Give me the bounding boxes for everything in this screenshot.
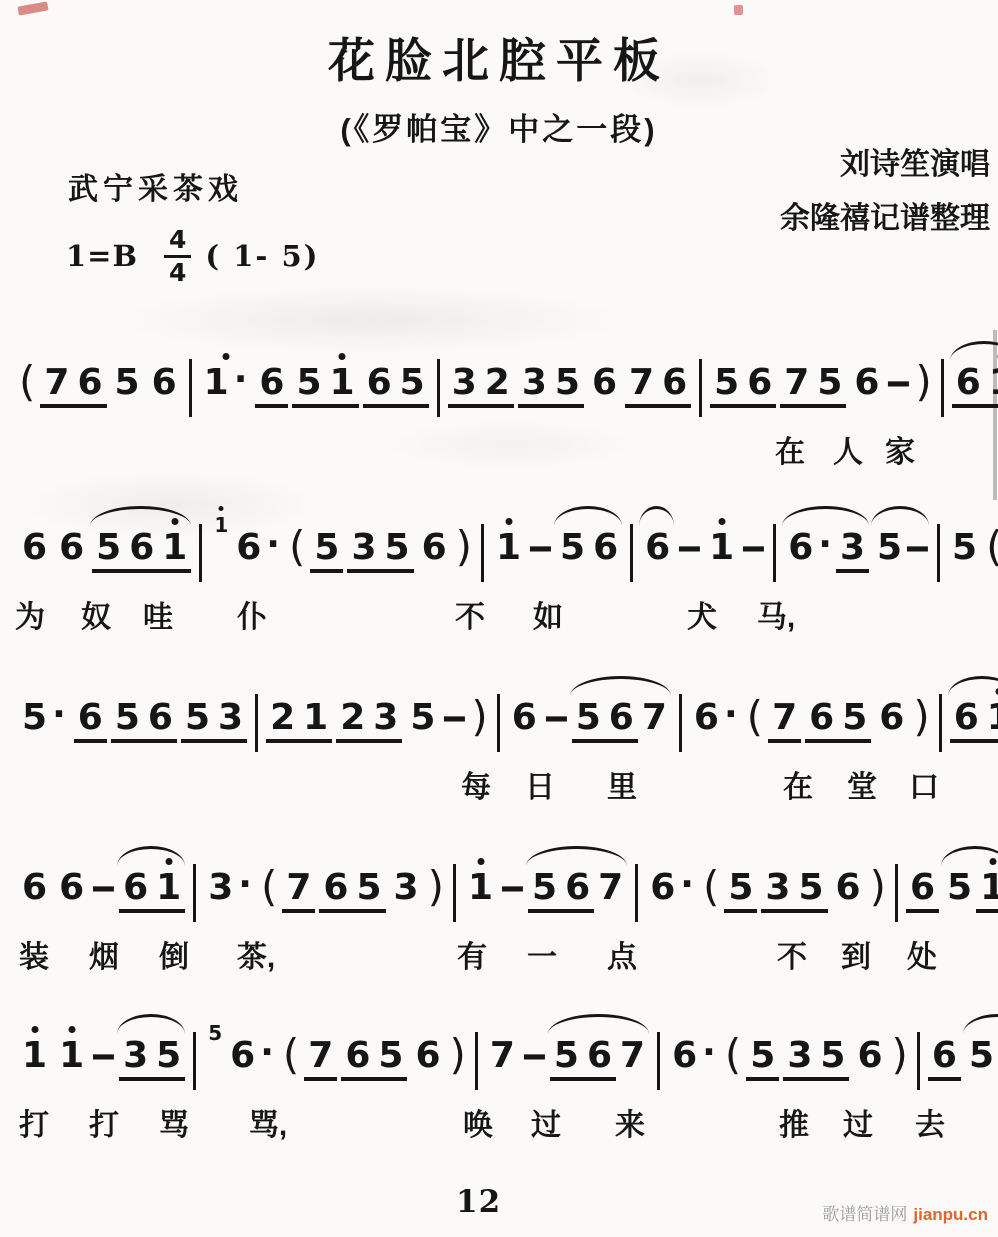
note-group: 35	[761, 870, 827, 913]
lyric-syllable: 有	[457, 932, 487, 976]
note-group: 1	[210, 530, 228, 535]
paren: (	[747, 696, 763, 738]
beam-underline: 76	[625, 365, 691, 408]
paren: )	[471, 696, 487, 738]
lyric-syllable: 来	[615, 1100, 645, 1144]
note: 6·	[672, 1038, 716, 1074]
note-group: 3·	[204, 870, 256, 906]
lyric-syllable: 去	[915, 1100, 945, 1144]
note-group: )	[455, 530, 473, 572]
note-group: 6	[148, 365, 181, 401]
octave-dot	[171, 518, 178, 525]
lyric-syllable: 推	[779, 1100, 809, 1144]
note-group: 6	[18, 870, 51, 906]
note: 1·	[204, 365, 248, 401]
beam-underline: 61	[950, 700, 998, 743]
note: 5	[820, 1038, 845, 1074]
note: 5	[750, 1038, 775, 1074]
lyric-syllable: 点	[607, 932, 637, 976]
beam-underline: 7	[768, 700, 801, 743]
duration-dot: ·	[52, 694, 66, 735]
beam-underline: 61	[119, 870, 185, 913]
beam-underline: 6	[906, 870, 939, 913]
note: 5	[314, 530, 339, 566]
note-group: 6	[55, 870, 88, 906]
lyric-syllable: 在	[775, 427, 805, 471]
score-line-4: 66-613·(7653)1-5676·(5356)6516-装烟倒茶,有一点不…	[0, 840, 998, 1000]
lyric-syllable: 打	[19, 1100, 49, 1144]
note: 6	[152, 365, 177, 401]
note: 5	[532, 870, 557, 906]
note-group: 6·	[668, 1038, 720, 1074]
watermark: 歌谱简谱网 jianpu.cn	[822, 1200, 988, 1225]
note-group: 65	[805, 700, 871, 743]
note: 5	[400, 365, 425, 401]
lyric-syllable: 不	[777, 932, 807, 976]
note: 3	[394, 870, 419, 906]
beam-underline: 561	[92, 530, 191, 573]
lyric-syllable: 过	[843, 1100, 873, 1144]
note: 5	[555, 365, 580, 401]
lyric-syllable: 骂,	[249, 1100, 287, 1144]
beam-underline: 7	[282, 870, 315, 913]
beam-underline: 5	[746, 1038, 779, 1081]
note: 6·	[788, 530, 832, 566]
note-group: )	[914, 365, 932, 407]
note: 7	[620, 1038, 645, 1074]
note: 1	[162, 530, 187, 566]
note: 3	[218, 700, 243, 736]
note-group: (	[260, 870, 278, 912]
note-group: 7	[486, 1038, 519, 1074]
note: 3	[787, 1038, 812, 1074]
note-group: 7	[304, 1038, 337, 1081]
note: 1	[709, 530, 734, 566]
beam-underline: 6	[928, 1038, 961, 1081]
note: 5	[385, 530, 410, 566]
page-number: 12	[456, 1184, 501, 1220]
note: 6	[512, 700, 537, 736]
note: 2	[340, 700, 365, 736]
note-group: 75	[780, 365, 846, 408]
paren: (	[986, 526, 998, 568]
beam-underline: 75	[780, 365, 846, 408]
octave-dot	[165, 858, 172, 865]
score-line-5: 11-3556·(7656)7-5676·(5356)6561-打打骂骂,唤过来…	[0, 1008, 998, 1168]
notes-row: 5·6565321235-)6-5676·(7656)61560	[0, 670, 998, 752]
beam-underline: 3	[836, 530, 869, 573]
score-line-3: 5·6565321235-)6-5676·(7656)61560每日里在堂口	[0, 670, 998, 830]
note: 6	[587, 1038, 612, 1074]
lyric-syllable: 里	[607, 762, 637, 806]
slur-group: 51	[943, 870, 998, 913]
note: 6	[78, 700, 103, 736]
note: -	[89, 870, 117, 906]
note: 6	[77, 365, 102, 401]
note: 6	[854, 365, 879, 401]
slur-group: 56	[965, 1038, 998, 1081]
note-group: (	[985, 530, 998, 572]
note-group: (	[18, 365, 36, 407]
note-group: -	[742, 530, 765, 566]
note-group: 5·	[18, 700, 70, 736]
notes-row: 66-613·(7653)1-5676·(5356)6516-	[0, 840, 998, 922]
note: 1	[22, 1038, 47, 1074]
note-group: 6·	[690, 700, 742, 736]
note-group: 6·	[646, 870, 698, 906]
note: 6	[345, 1038, 370, 1074]
note-group: 6	[411, 1038, 444, 1074]
barline	[630, 524, 633, 582]
barline	[481, 524, 484, 582]
note-group: )	[470, 700, 488, 742]
note: 5	[877, 530, 902, 566]
note: 3·	[208, 870, 252, 906]
lyric-syllable: 家	[885, 427, 915, 471]
barline	[255, 694, 258, 752]
note: 1	[303, 700, 328, 736]
note: 6	[910, 870, 935, 906]
slur-group: 567	[572, 700, 671, 743]
note-group: 6	[18, 530, 51, 566]
duration-dot: ·	[266, 524, 280, 565]
note-group: 1	[18, 1038, 51, 1074]
lyric-syllable: 日	[525, 762, 555, 806]
note: 6	[259, 365, 284, 401]
octave-dot	[477, 858, 484, 865]
beam-underline: 1	[976, 870, 998, 913]
lyric-syllable: 不	[455, 592, 485, 636]
paren: )	[870, 866, 886, 908]
barline	[939, 694, 942, 752]
lyric-syllable: 处	[907, 932, 937, 976]
beam-underline: 32	[448, 365, 514, 408]
note-group: 65	[319, 870, 385, 913]
note-group: 5	[948, 530, 981, 566]
note-group: 5	[204, 1038, 222, 1043]
note: 6·	[694, 700, 738, 736]
note: 6	[662, 365, 687, 401]
beam-underline: 76	[40, 365, 106, 408]
note: 6	[593, 530, 618, 566]
slur-group: 56	[556, 530, 622, 566]
note-group: 5	[111, 365, 144, 401]
note: 7	[598, 870, 623, 906]
note-group: (	[702, 870, 720, 912]
note: 6	[367, 365, 392, 401]
note-group: 32	[448, 365, 514, 408]
barline	[497, 694, 500, 752]
note: 6	[323, 870, 348, 906]
duration-dot: ·	[680, 864, 694, 905]
note: 6	[565, 870, 590, 906]
note: 3	[351, 530, 376, 566]
note: 6	[22, 870, 47, 906]
note: 5	[969, 1038, 994, 1074]
note-group: )	[912, 700, 930, 742]
note-group: 53	[181, 700, 247, 743]
beam-underline: 65	[363, 365, 429, 408]
note-group: 5	[310, 530, 343, 573]
barline	[699, 359, 702, 417]
note: 3	[123, 1038, 148, 1074]
note-group: 5	[406, 700, 439, 736]
paren: )	[892, 1034, 908, 1076]
note-group: 6	[255, 365, 288, 408]
note: 2	[485, 365, 510, 401]
duration-dot: ·	[702, 1032, 716, 1073]
beam-underline: 65	[805, 700, 871, 743]
note-group: )	[869, 870, 887, 912]
octave-dot	[222, 353, 229, 360]
note-group: -	[443, 700, 466, 736]
note-group: 51	[292, 365, 358, 408]
note: 3	[765, 870, 790, 906]
note-group: 6	[588, 365, 621, 401]
note: 6	[857, 1038, 882, 1074]
note-group: 6	[74, 700, 107, 743]
note-group: 1	[492, 530, 525, 566]
note: 7	[772, 700, 797, 736]
beam-underline: 56	[528, 870, 594, 913]
duration-dot: ·	[818, 524, 832, 565]
note-group: 5	[746, 1038, 779, 1081]
note-group: 76	[625, 365, 691, 408]
note: 5	[798, 870, 823, 906]
note: 6	[59, 870, 84, 906]
beam-underline: 51	[292, 365, 358, 408]
note: 5	[947, 870, 972, 906]
note-group: 6·	[226, 1038, 278, 1074]
lyric-syllable: 在	[783, 762, 813, 806]
note-group: )	[449, 1038, 467, 1080]
note: 6	[956, 365, 981, 401]
note: 5	[410, 700, 435, 736]
slur-group: 61	[950, 700, 998, 743]
note-group: (	[746, 700, 764, 742]
watermark-site-name: 歌谱简谱网	[822, 1200, 907, 1225]
slur-group: 35	[119, 1038, 185, 1081]
beam-underline: 35	[783, 1038, 849, 1081]
paren: )	[915, 361, 931, 403]
lyric-syllable: 每	[461, 762, 491, 806]
beam-underline: 61	[952, 365, 998, 408]
paren: )	[456, 526, 472, 568]
note: 5	[115, 700, 140, 736]
note-group: 6	[853, 1038, 886, 1074]
lyric-syllable: 茶,	[237, 932, 275, 976]
note: 5	[554, 1038, 579, 1074]
lyric-syllable: 马,	[757, 592, 795, 636]
barline	[895, 864, 898, 922]
note: 6	[932, 1038, 957, 1074]
note: 5	[356, 870, 381, 906]
lyric-syllable: 过	[531, 1100, 561, 1144]
notes-row: 6656116·(5356)1-566-1-6·35-5(16532	[0, 500, 998, 582]
note: 5	[560, 530, 585, 566]
lyric-syllable: 人	[833, 427, 863, 471]
note: 6·	[230, 1038, 274, 1074]
note: 3	[452, 365, 477, 401]
barline	[941, 359, 944, 417]
note-group: -	[92, 870, 115, 906]
note-group: )	[891, 1038, 909, 1080]
lyric-syllable: 倒	[159, 932, 189, 976]
beam-underline: 65	[341, 1038, 407, 1081]
lyrics-row: 装烟倒茶,有一点不到处	[0, 932, 998, 976]
note: 6	[123, 870, 148, 906]
slur-group: 6	[641, 530, 674, 566]
octave-dot	[31, 1026, 38, 1033]
slur-group: 567	[550, 1038, 649, 1081]
duration-dot: ·	[234, 359, 248, 400]
paren: (	[703, 866, 719, 908]
note: 1	[156, 870, 181, 906]
note: 5	[714, 365, 739, 401]
lyrics-row: 为奴哇仆不如犬马,	[0, 592, 998, 636]
note: -	[498, 870, 526, 906]
note: 6	[836, 870, 861, 906]
barline	[475, 1032, 478, 1090]
beam-underline: 35	[518, 365, 584, 408]
note: 3	[373, 700, 398, 736]
beam-underline: 56	[550, 1038, 616, 1081]
note-group: 56	[111, 700, 177, 743]
note-group: 6	[928, 1038, 961, 1081]
note: 1	[980, 870, 998, 906]
note: -	[675, 530, 703, 566]
paren: (	[725, 1034, 741, 1076]
beam-underline: 21	[266, 700, 332, 743]
note: 1	[989, 365, 998, 401]
note-group: -	[887, 365, 910, 401]
note: 6	[645, 530, 670, 566]
note-group: 65	[363, 365, 429, 408]
watermark-url: jianpu.cn	[913, 1205, 988, 1225]
barline	[679, 694, 682, 752]
beam-underline: 65	[319, 870, 385, 913]
note: 5	[378, 1038, 403, 1074]
note: 5	[576, 700, 601, 736]
lyric-syllable: 堂	[847, 762, 877, 806]
note-group: -	[523, 1038, 546, 1074]
note: 6	[954, 700, 979, 736]
note-group: 6	[875, 700, 908, 736]
note: 6·	[650, 870, 694, 906]
duration-dot: ·	[724, 694, 738, 735]
note: 7	[642, 700, 667, 736]
duration-dot: ·	[238, 864, 252, 905]
lyric-syllable: 装	[19, 932, 49, 976]
note-group: 35	[518, 365, 584, 408]
slur-group: 5-	[873, 530, 929, 566]
note-group: 35	[783, 1038, 849, 1081]
slur-group: 6·3	[784, 530, 869, 573]
note: 1	[59, 1038, 84, 1074]
beam-underline: 5	[724, 870, 757, 913]
beam-underline: 35	[119, 1038, 185, 1081]
note: -	[526, 530, 554, 566]
barline	[193, 1032, 196, 1090]
lyric-syllable: 烟	[89, 932, 119, 976]
beam-underline: 23	[336, 700, 402, 743]
note: 7	[629, 365, 654, 401]
note-group: 5	[724, 870, 757, 913]
barline	[189, 359, 192, 417]
beam-underline: 53	[181, 700, 247, 743]
note: -	[903, 530, 931, 566]
note: 5	[115, 365, 140, 401]
slur-group: 61	[952, 365, 998, 408]
paren: (	[283, 1034, 299, 1076]
note-group: -	[545, 700, 568, 736]
beam-underline: 35	[761, 870, 827, 913]
note-group: -	[501, 870, 524, 906]
octave-dot	[505, 518, 512, 525]
duration-dot: ·	[260, 1032, 274, 1073]
beam-underline: 7	[304, 1038, 337, 1081]
paren: (	[289, 526, 305, 568]
note: 6	[609, 700, 634, 736]
beam-underline: 35	[347, 530, 413, 573]
notes-row: (76561·65165323567656756-)6156-	[0, 335, 998, 417]
note-group: 1·	[200, 365, 252, 401]
note-group: 56	[710, 365, 776, 408]
lyrics-row: 打打骂骂,唤过来推过去	[0, 1100, 998, 1144]
note-group: 65	[341, 1038, 407, 1081]
note-group: 76	[40, 365, 106, 408]
paren: )	[913, 696, 929, 738]
sheet-music-page: 花脸北腔平板 (《罗帕宝》中之一段) 刘诗笙演唱 余隆禧记谱整理 武宁采茶戏 1…	[0, 0, 998, 1237]
note-group: 7	[282, 870, 315, 913]
note-group: (	[282, 1038, 300, 1080]
note: -	[441, 700, 469, 736]
octave-dot	[219, 506, 224, 511]
note-group: 6	[508, 700, 541, 736]
lyric-syllable: 为	[15, 592, 45, 636]
note: 6	[22, 530, 47, 566]
grace-note: 1	[214, 515, 228, 535]
barline	[937, 524, 940, 582]
note: 6	[592, 365, 617, 401]
note: 6	[59, 530, 84, 566]
paren: (	[19, 361, 35, 403]
note: 5	[952, 530, 977, 566]
slur-group: 561	[92, 530, 191, 573]
note: 1	[496, 530, 521, 566]
note: 6	[129, 530, 154, 566]
note-group: 6	[906, 870, 939, 913]
note: 7	[490, 1038, 515, 1074]
note: 6	[747, 365, 772, 401]
note: 1	[987, 700, 998, 736]
note-group: 6	[55, 530, 88, 566]
paren: )	[450, 1034, 466, 1076]
note: 5	[96, 530, 121, 566]
beam-underline: 5	[310, 530, 343, 573]
note: 6	[422, 530, 447, 566]
note: 5	[156, 1038, 181, 1074]
octave-dot	[989, 858, 996, 865]
score-line-1: (76561·65165323567656756-)6156-在人家	[0, 335, 998, 495]
barline	[773, 524, 776, 582]
beam-underline: 56	[111, 700, 177, 743]
note-group: 7	[768, 700, 801, 743]
note-group: -	[92, 1038, 115, 1074]
note: -	[89, 1038, 117, 1074]
barline	[917, 1032, 920, 1090]
lyric-syllable: 打	[89, 1100, 119, 1144]
